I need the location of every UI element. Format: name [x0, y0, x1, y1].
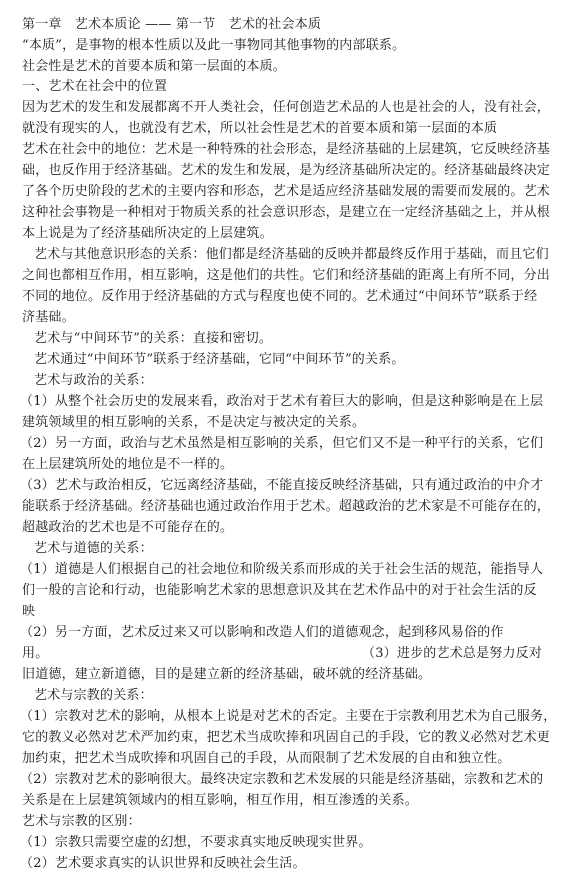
text-line: 之间也都相互作用，相互影响，这是他们的共性。它们和经济基础的距离上有所不同，分出	[22, 268, 550, 284]
text-line: （1）从整个社会历史的发展来看，政治对于艺术有着巨大的影响，但是这种影响是在上层	[20, 394, 543, 410]
text-line: 能联系于经济基础。经济基础也通过政治作用于艺术。超越政治的艺术家是不可能存在的，	[22, 499, 550, 515]
text-line: 映	[22, 604, 35, 620]
text-line: 超越政治的艺术也是不可能存在的。	[22, 520, 233, 536]
text-line: 础，也反作用于经济基础。艺术的发生和发展，是为经济基础所决定的。经济基础最终决定	[22, 163, 550, 179]
text-line: （1）宗教只需要空虚的幻想，不要求真实地反映现实世界。	[20, 835, 372, 851]
text-line: 第一章 艺术本质论 —— 第一节 艺术的社会本质	[22, 17, 321, 33]
text-line: 艺术与宗教的区别：	[22, 814, 141, 830]
text-line: 本上说是为了经济基础所决定的上层建筑。	[22, 226, 273, 242]
text-line: 艺术与其他意识形态的关系：他们都是经济基础的反映并都最终反作用于基础，而且它们	[34, 247, 549, 263]
text-line: （3）艺术与政治相反，它远离经济基础，不能直接反映经济基础，只有通过政治的中介才	[20, 478, 543, 494]
text-line: 艺术与道德的关系：	[34, 541, 153, 557]
text-line: 艺术与“中间环节”的关系：直接和密切。	[34, 331, 272, 347]
text-line: 艺术在社会中的地位：艺术是一种特殊的社会形态，是经济基础的上层建筑，它反映经济基	[22, 142, 550, 158]
text-line: （2）另一方面，政治与艺术虽然是相互影响的关系，但它们又不是一种平行的关系，它们	[20, 436, 543, 452]
text-line: 艺术与宗教的关系：	[34, 688, 153, 704]
text-line: 了各个历史阶段的艺术的主要内容和形态，艺术是适应经济基础发展的需要而发展的。艺术	[22, 184, 550, 200]
text-line: 社会性是艺术的首要本质和第一层面的本质。	[22, 59, 286, 75]
text-line: 不同的地位。反作用于经济基础的方式与程度也使不同的。艺术通过“中间环节”联系于经	[22, 289, 537, 305]
text-line: 一、艺术在社会中的位置	[22, 79, 167, 95]
text-line: 艺术与政治的关系：	[34, 373, 153, 389]
text-line: 因为艺术的发生和发展都离不开人类社会，任何创造艺术品的人也是社会的人，没有社会，	[22, 100, 550, 116]
text-line: 加约束，把艺术当成吹捧和巩固自己的手段，从而限制了艺术发展的自由和独立性。	[22, 751, 510, 767]
text-line: 这种社会事物是一种相对于物质关系的社会意识形态，是建立在一定经济基础之上，并从根	[22, 205, 550, 221]
text-line: 就没有现实的人，也就没有艺术，所以社会性是艺术的首要本质和第一层面的本质	[22, 121, 497, 137]
text-line: （3）进步的艺术总是努力反对	[362, 646, 542, 662]
text-line: “本质”，是事物的根本性质以及此一事物同其他事物的内部联系。	[22, 38, 405, 54]
text-line: 们一般的言论和行动，也能影响艺术家的思想意识及其在艺术作品中的对于社会生活的反	[22, 583, 537, 599]
text-line: 艺术通过“中间环节”联系于经济基础，它同“中间环节”的关系。	[34, 352, 405, 368]
document-page: 第一章 艺术本质论 —— 第一节 艺术的社会本质“本质”，是事物的根本性质以及此…	[0, 0, 568, 884]
text-line: 济基础。	[22, 310, 75, 326]
text-line: 旧道德，建立新道德，目的是建立新的经济基础，破坏就的经济基础。	[22, 667, 431, 683]
text-line: （2）艺术要求真实的认识世界和反映社会生活。	[20, 856, 306, 872]
text-line: （1）宗教对艺术的影响，从根本上说是对艺术的否定。主要在于宗教利用艺术为自己服务…	[20, 709, 556, 725]
text-line: （2）宗教对艺术的影响很大。最终决定宗教和艺术发展的只能是经济基础，宗教和艺术的	[20, 772, 543, 788]
text-line: （2）另一方面，艺术反过来又可以影响和改造人们的道德观念，起到移风易俗的作	[20, 625, 504, 641]
text-line: 关系是在上层建筑领域内的相互影响，相互作用，相互渗透的关系。	[22, 793, 418, 809]
text-line: （1）道德是人们根据自己的社会地位和阶级关系而形成的关于社会生活的规范，能指导人	[20, 562, 543, 578]
text-line: 它的教义必然对艺术严加约束，把艺术当成吹捧和巩固自己的手段，它的教义必然对艺术更	[22, 730, 550, 746]
text-line: 建筑领域里的相互影响的关系，不是决定与被决定的关系。	[22, 415, 365, 431]
text-line: 在上层建筑所处的地位是不一样的。	[22, 457, 233, 473]
text-line: 用。	[22, 646, 48, 662]
